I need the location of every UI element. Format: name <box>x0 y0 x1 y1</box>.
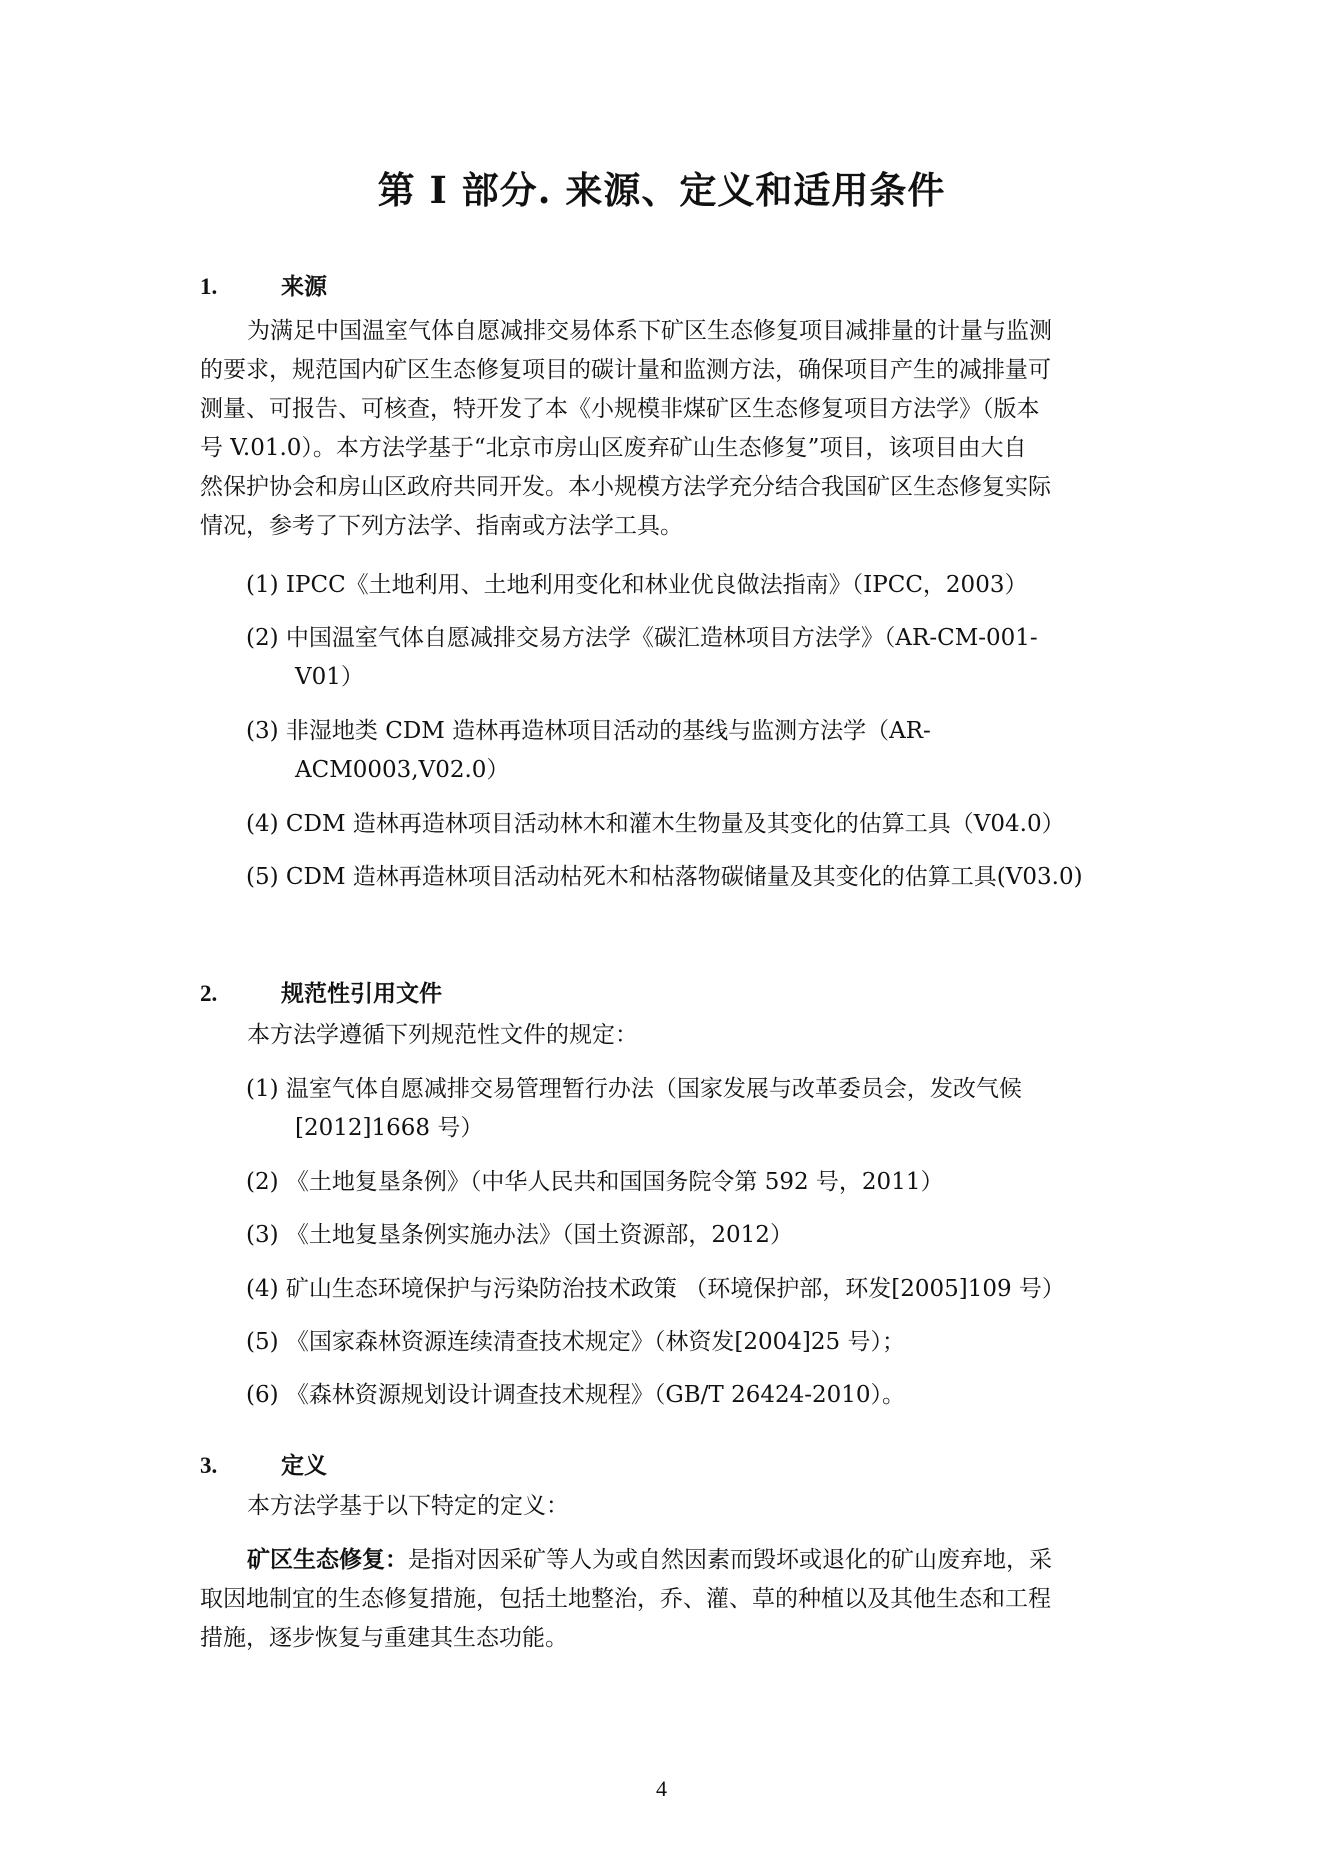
list-item-text: 中国温室气体自愿减排交易方法学《碳汇造林项目方法学》（AR-CM-001- <box>286 625 1038 651</box>
list-item: (5) 《国家森林资源连续清查技术规定》（林资发[2004]25 号）； <box>246 1327 905 1357</box>
section-3-heading: 3.定义 <box>200 1447 327 1480</box>
list-item-text: 《土地复垦条例实施办法》（国土资源部，2012） <box>286 1222 793 1248</box>
list-item-text: 《土地复垦条例》（中华人民共和国国务院令第 592 号，2011） <box>286 1169 944 1195</box>
section-title: 定义 <box>281 1453 327 1479</box>
list-item-text: 非湿地类 CDM 造林再造林项目活动的基线与监测方法学（AR- <box>286 718 931 744</box>
list-item-text: CDM 造林再造林项目活动林木和灌木生物量及其变化的估算工具（V04.0） <box>286 811 1065 837</box>
list-item: (5) CDM 造林再造林项目活动枯死木和枯落物碳储量及其变化的估算工具(V03… <box>246 862 1083 892</box>
list-item: (6) 《森林资源规划设计调查技术规程》（GB/T 26424-2010）。 <box>246 1380 905 1410</box>
list-item: (2) 中国温室气体自愿减排交易方法学《碳汇造林项目方法学》（AR-CM-001… <box>246 623 1038 653</box>
section-2-heading: 2.规范性引用文件 <box>200 975 442 1008</box>
list-item: (1) IPCC《土地利用、土地利用变化和林业优良做法指南》（IPCC，2003… <box>246 570 1027 600</box>
list-item-text: 《森林资源规划设计调查技术规程》（GB/T 26424-2010）。 <box>286 1382 905 1408</box>
list-item-continuation: ACM0003,V02.0） <box>295 755 509 785</box>
list-item-label: (3) <box>246 718 279 744</box>
list-item-label: (4) <box>246 1276 279 1302</box>
section-title: 规范性引用文件 <box>281 981 442 1007</box>
list-item-text: CDM 造林再造林项目活动枯死木和枯落物碳储量及其变化的估算工具(V03.0) <box>286 864 1083 890</box>
section-number: 2. <box>200 981 281 1007</box>
paragraph-line: 的要求，规范国内矿区生态修复项目的碳计量和监测方法，确保项目产生的减排量可 <box>200 355 1113 385</box>
list-item: (1) 温室气体自愿减排交易管理暂行办法（国家发展与改革委员会，发改气候 <box>246 1074 1022 1104</box>
list-item-text: 《国家森林资源连续清查技术规定》（林资发[2004]25 号）； <box>286 1329 905 1355</box>
section-number: 1. <box>200 274 281 300</box>
section-number: 3. <box>200 1453 281 1479</box>
list-item-continuation: [2012]1668 号） <box>295 1113 483 1143</box>
list-item-label: (6) <box>246 1382 279 1408</box>
paragraph-line: 号 V.01.0）。本方法学基于“北京市房山区废弃矿山生态修复”项目，该项目由大… <box>200 433 1113 463</box>
definition-text: 是指对因采矿等人为或自然因素而毁坏或退化的矿山废弃地，采 <box>408 1547 1052 1573</box>
list-item: (4) CDM 造林再造林项目活动林木和灌木生物量及其变化的估算工具（V04.0… <box>246 809 1065 839</box>
list-item-text: IPCC《土地利用、土地利用变化和林业优良做法指南》（IPCC，2003） <box>286 572 1028 598</box>
section-1-heading: 1.来源 <box>200 268 327 301</box>
list-item-continuation: V01） <box>295 662 364 692</box>
list-item-label: (3) <box>246 1222 279 1248</box>
definition-line: 矿区生态修复：是指对因采矿等人为或自然因素而毁坏或退化的矿山废弃地，采 <box>247 1545 1052 1575</box>
section-intro: 本方法学基于以下特定的定义： <box>247 1491 569 1521</box>
page-title: 第 I 部分. 来源、定义和适用条件 <box>0 160 1323 214</box>
list-item-label: (5) <box>246 864 279 890</box>
list-item: (3) 《土地复垦条例实施办法》（国土资源部，2012） <box>246 1220 793 1250</box>
list-item: (3) 非湿地类 CDM 造林再造林项目活动的基线与监测方法学（AR- <box>246 716 931 746</box>
list-item-label: (1) <box>246 572 279 598</box>
list-item-label: (2) <box>246 625 279 651</box>
list-item: (4) 矿山生态环境保护与污染防治技术政策 （环境保护部，环发[2005]109… <box>246 1274 1065 1304</box>
list-item-label: (2) <box>246 1169 279 1195</box>
section-title: 来源 <box>281 274 327 300</box>
definition-line: 措施，逐步恢复与重建其生态功能。 <box>200 1623 568 1653</box>
list-item-label: (4) <box>246 811 279 837</box>
document-page: 第 I 部分. 来源、定义和适用条件 1.来源 为满足中国温室气体自愿减排交易体… <box>0 0 1323 1871</box>
paragraph-line: 测量、可报告、可核查，特开发了本《小规模非煤矿区生态修复项目方法学》（版本 <box>200 394 1113 424</box>
section-intro: 本方法学遵循下列规范性文件的规定： <box>247 1020 638 1050</box>
paragraph-line: 然保护协会和房山区政府共同开发。本小规模方法学充分结合我国矿区生态修复实际 <box>200 472 1113 502</box>
list-item-label: (5) <box>246 1329 279 1355</box>
definition-line: 取因地制宜的生态修复措施，包括土地整治，乔、灌、草的种植以及其他生态和工程 <box>200 1584 1051 1614</box>
list-item-text: 矿山生态环境保护与污染防治技术政策 （环境保护部，环发[2005]109 号） <box>286 1276 1065 1302</box>
definition-term: 矿区生态修复： <box>247 1547 408 1573</box>
list-item-label: (1) <box>246 1076 279 1102</box>
list-item: (2) 《土地复垦条例》（中华人民共和国国务院令第 592 号，2011） <box>246 1167 943 1197</box>
paragraph-line: 为满足中国温室气体自愿减排交易体系下矿区生态修复项目减排量的计量与监测 <box>247 316 1113 346</box>
paragraph-line: 情况，参考了下列方法学、指南或方法学工具。 <box>200 511 1113 541</box>
list-item-text: 温室气体自愿减排交易管理暂行办法（国家发展与改革委员会，发改气候 <box>286 1076 1022 1102</box>
page-number: 4 <box>0 1776 1323 1802</box>
